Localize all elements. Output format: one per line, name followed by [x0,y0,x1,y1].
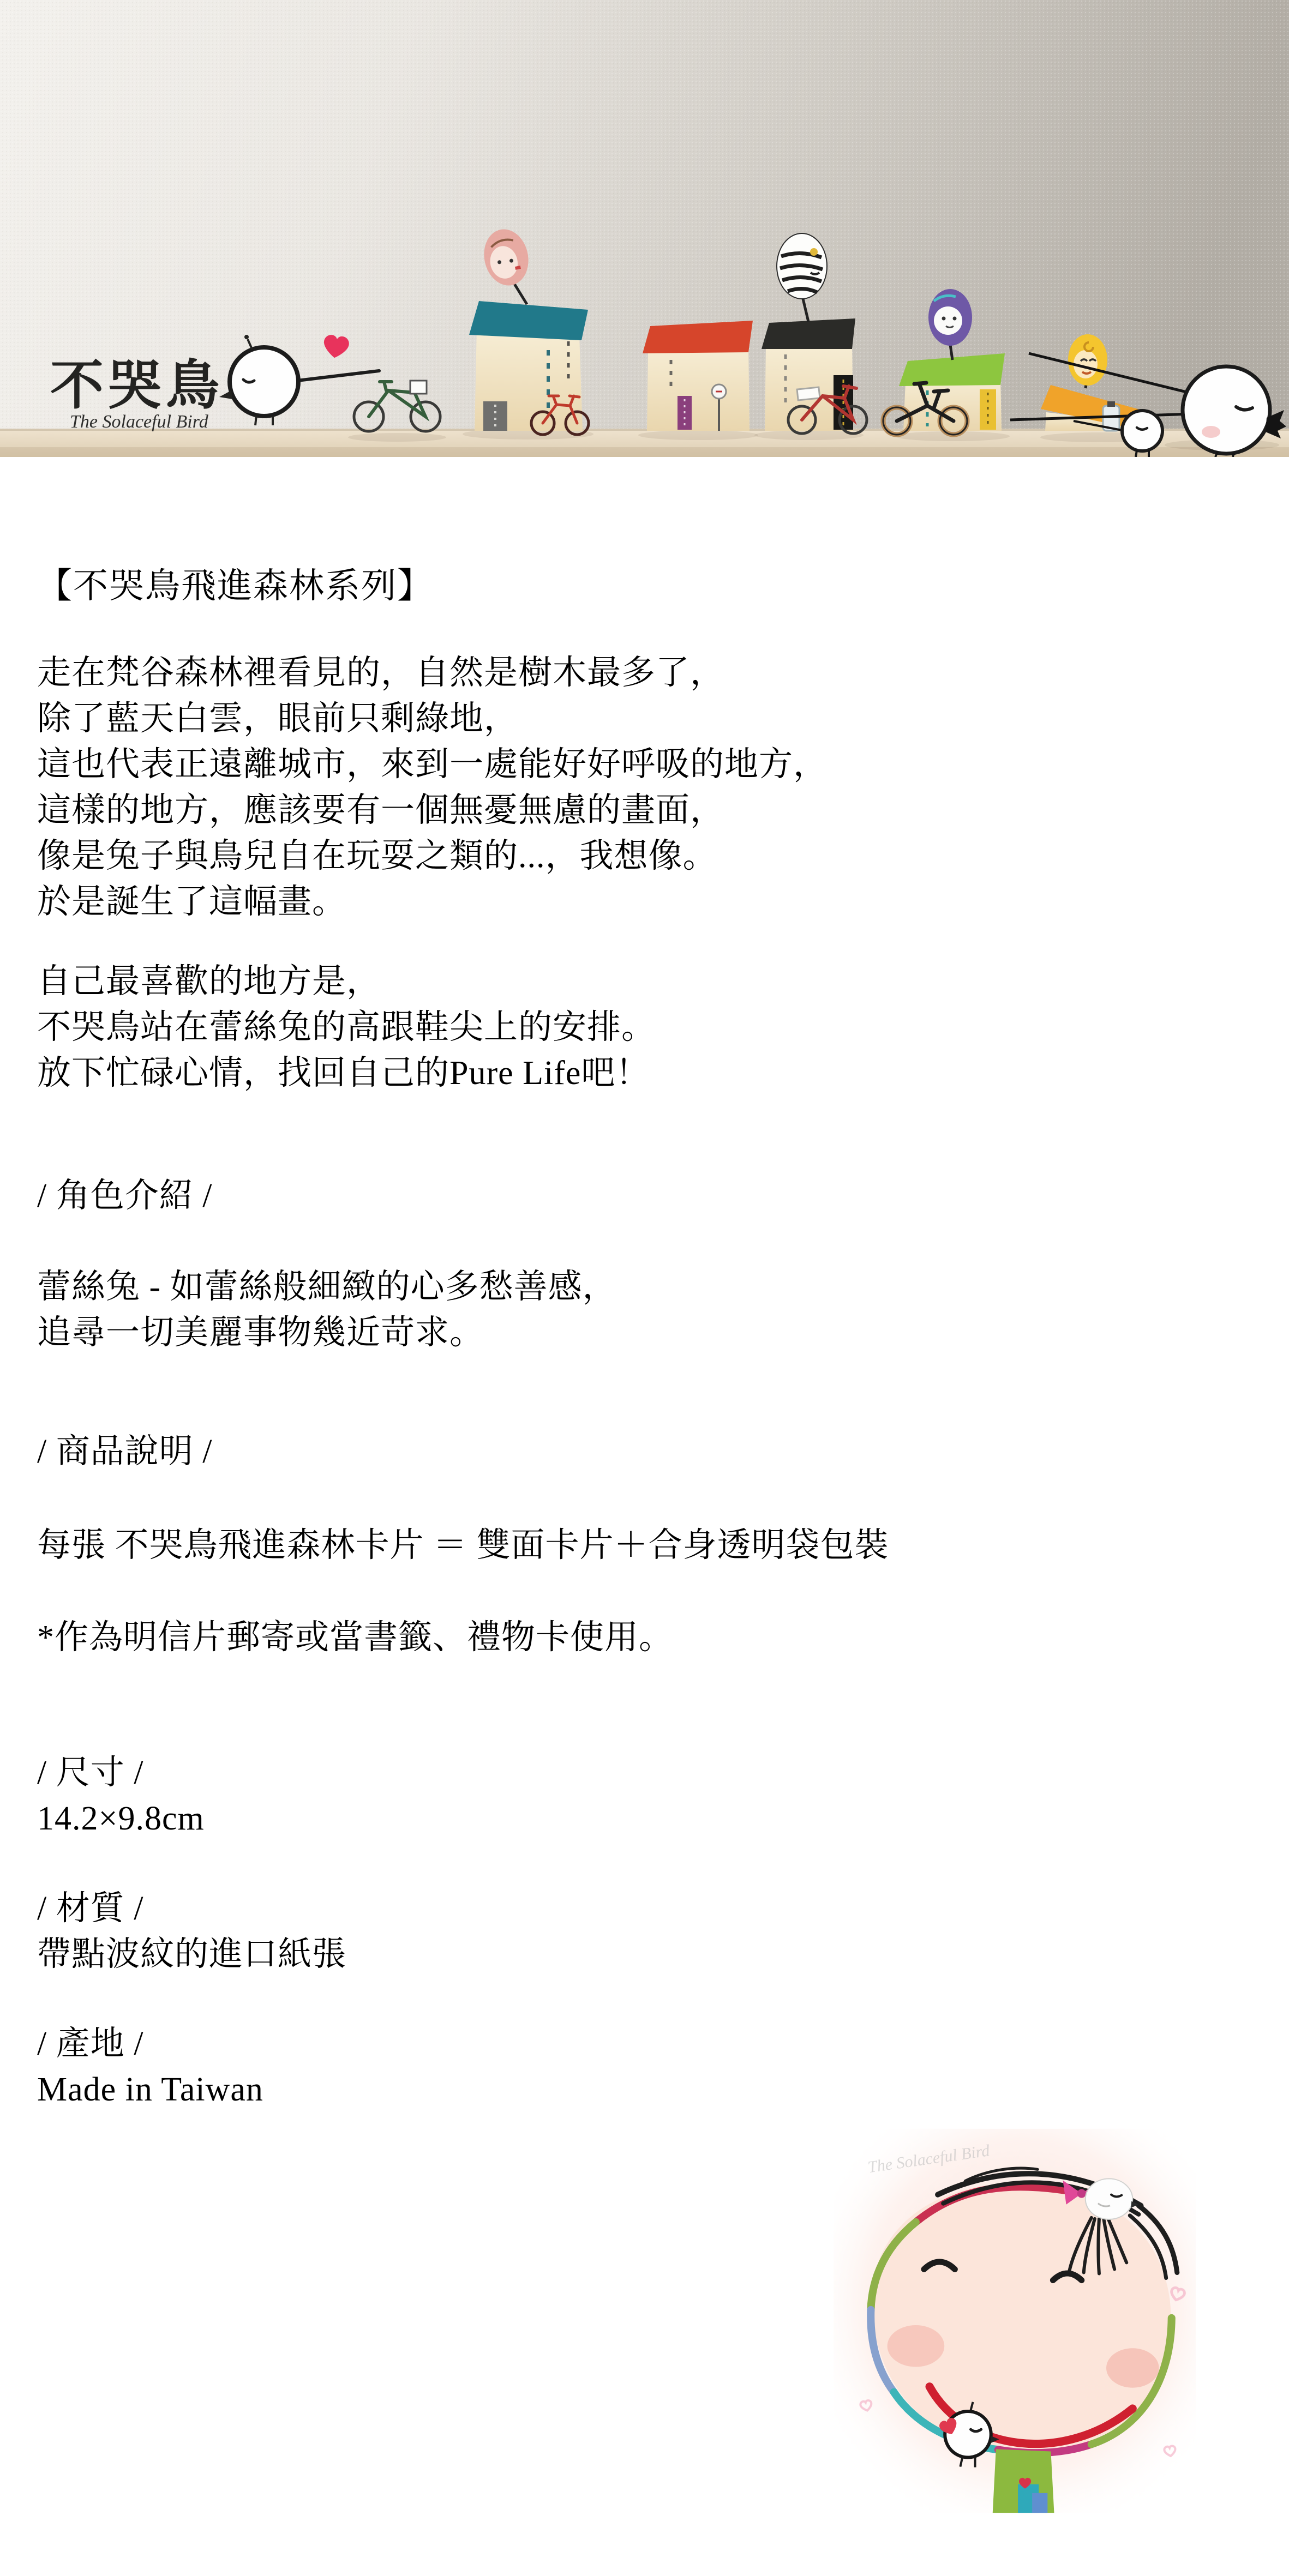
section-heading: / 商品說明 / [37,1429,1267,1474]
origin-section: / 產地 / Made in Taiwan [37,2021,1267,2112]
banner-scene: 不哭鳥 The Solaceful Bird [0,0,1289,457]
size-section: / 尺寸 / 14.2×9.8cm [37,1750,1267,1841]
text-line: 追尋一切美麗事物幾近苛求。 [37,1310,1267,1356]
series-title: 【不哭鳥飛進森林系列】 [37,562,1267,611]
material-section: / 材質 / 帶點波紋的進口紙張 [37,1886,1267,1977]
size-value: 14.2×9.8cm [37,1796,1267,1841]
logo-brand-zh: 不哭鳥 [50,357,224,416]
text-line: 走在梵谷森林裡看見的，自然是樹木最多了， [37,650,1267,696]
text-line: *作為明信片郵寄或當書籤、禮物卡使用。 [37,1615,1267,1660]
smiling-girl-illustration: The Solaceful Bird [834,2128,1196,2514]
section-heading: / 產地 / [37,2021,1267,2067]
text-line: 這也代表正遠離城市，來到一處能好好呼吸的地方， [37,742,1267,787]
product-spec-line: 每張 不哭鳥飛進森林卡片 ＝ 雙面卡片＋合身透明袋包裝 [37,1522,1267,1568]
origin-value: Made in Taiwan [37,2067,1267,2112]
intro-paragraph: 走在梵谷森林裡看見的，自然是樹木最多了， 除了藍天白雲，眼前只剩綠地， 這也代表… [37,650,1267,925]
logo-brand-en: The Solaceful Bird [70,412,209,432]
wooden-house-teal [469,301,588,431]
material-value: 帶點波紋的進口紙張 [37,1931,1267,1977]
favorite-paragraph: 自己最喜歡的地方是， 不哭鳥站在蕾絲兔的高跟鞋尖上的安排。 放下忙碌心情，找回自… [37,959,1267,1096]
wooden-house-red [643,321,753,431]
section-heading: / 角色介紹 / [37,1173,1267,1219]
text-line: 於是誕生了這幅畫。 [37,879,1267,925]
text-line: 自己最喜歡的地方是， [37,959,1267,1004]
text-line: 像是兔子與鳥兒自在玩耍之類的...，我想像。 [37,833,1267,879]
text-line: 蕾絲兔 - 如蕾絲般細緻的心多愁善感， [37,1264,1267,1310]
section-heading: / 尺寸 / [37,1750,1267,1796]
section-heading: / 材質 / [37,1886,1267,1931]
role-section-heading: / 角色介紹 / [37,1173,1267,1219]
product-note-line: *作為明信片郵寄或當書籤、禮物卡使用。 [37,1615,1267,1660]
text-line: 每張 不哭鳥飛進森林卡片 ＝ 雙面卡片＋合身透明袋包裝 [37,1522,1267,1568]
smiling-girl-drawing: The Solaceful Bird [834,2128,1196,2514]
role-paragraph: 蕾絲兔 - 如蕾絲般細緻的心多愁善感， 追尋一切美麗事物幾近苛求。 [37,1264,1267,1356]
banner-photo: 不哭鳥 The Solaceful Bird [0,0,1289,457]
text-line: 放下忙碌心情，找回自己的Pure Life吧！ [37,1050,1267,1096]
series-title-block: 【不哭鳥飛進森林系列】 [37,562,1267,611]
text-line: 這樣的地方，應該要有一個無憂無慮的畫面， [37,787,1267,833]
text-line: 除了藍天白雲，眼前只剩綠地， [37,696,1267,742]
product-section-heading: / 商品說明 / [37,1429,1267,1474]
girl-shirt [993,2449,1054,2513]
text-line: 不哭鳥站在蕾絲兔的高跟鞋尖上的安排。 [37,1004,1267,1050]
product-page: 不哭鳥 The Solaceful Bird [0,0,1289,2576]
